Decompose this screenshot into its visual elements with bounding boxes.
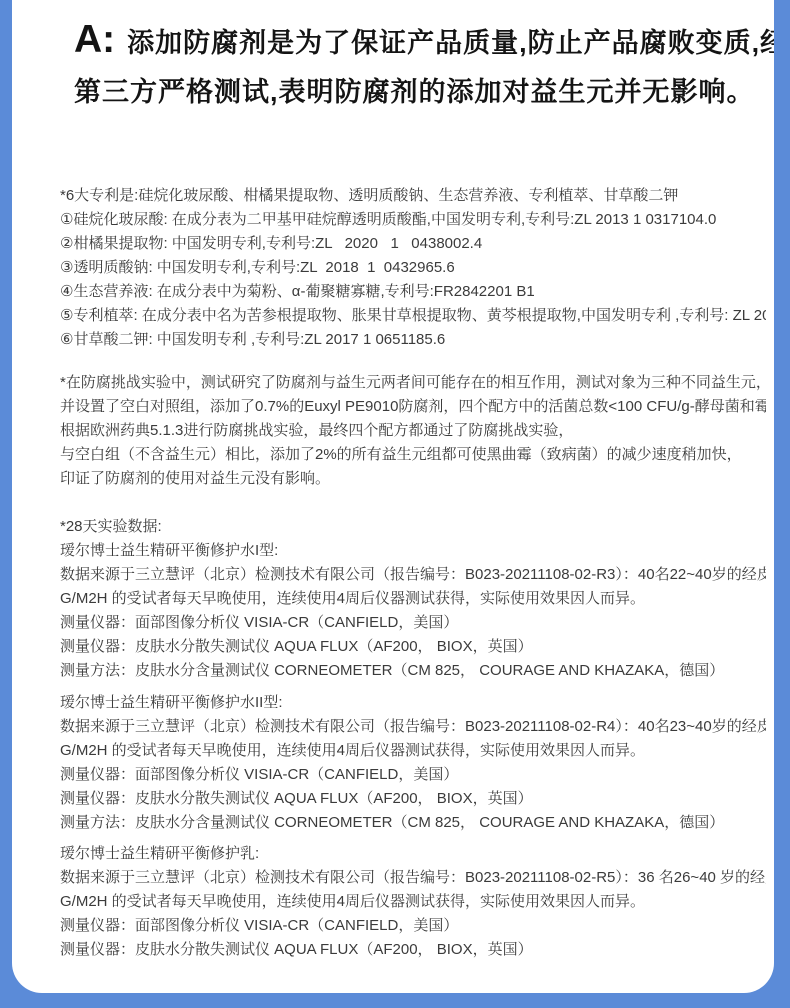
content-card: A:添加防腐剂是为了保证产品质量,防止产品腐败变质,经过 第三方严格测试,表明防…	[12, 0, 774, 993]
product-line: G/M2H 的受试者每天早晚使用，连续使用4周后仪器测试获得，实际使用效果因人而…	[60, 739, 766, 763]
patent-line-1: ①硅烷化玻尿酸: 在成分表为二甲基甲硅烷醇透明质酸酯,中国发明专利,专利号:ZL…	[60, 208, 766, 232]
patent-line-4: ④生态营养液: 在成分表中为菊粉、α-葡聚糖寡糖,专利号:FR2842201 B…	[60, 280, 766, 304]
product-line: 数据来源于三立慧评（北京）检测技术有限公司（报告编号：B023-20211108…	[60, 866, 766, 890]
product-line: 测量仪器：皮肤水分散失测试仪 AQUA FLUX（AF200， BIOX，英国）	[60, 938, 766, 962]
product-line: 测量仪器：面部图像分析仪 VISIA-CR（CANFIELD，美国）	[60, 611, 766, 635]
patents-section: *6大专利是:硅烷化玻尿酸、柑橘果提取物、透明质酸钠、生态营养液、专利植萃、甘草…	[12, 184, 774, 352]
answer-prefix: A:	[74, 18, 115, 61]
product-block-water-1: 瑷尔博士益生精研平衡修护水I型: 数据来源于三立慧评（北京）检测技术有限公司（报…	[60, 539, 766, 683]
challenge-line-1: *在防腐挑战实验中，测试研究了防腐剂与益生元两者间可能存在的相互作用，测试对象为…	[60, 371, 766, 395]
product-block-water-2: 瑷尔博士益生精研平衡修护水II型: 数据来源于三立慧评（北京）检测技术有限公司（…	[60, 691, 766, 835]
qa-answer: A:添加防腐剂是为了保证产品质量,防止产品腐败变质,经过 第三方严格测试,表明防…	[12, 0, 774, 117]
experiment-heading: *28天实验数据:	[60, 515, 766, 539]
answer-line-1-text: 添加防腐剂是为了保证产品质量,防止产品腐败变质,经过	[127, 28, 774, 58]
product-line: 测量仪器：面部图像分析仪 VISIA-CR（CANFIELD，美国）	[60, 914, 766, 938]
product-line: 数据来源于三立慧评（北京）检测技术有限公司（报告编号：B023-20211108…	[60, 715, 766, 739]
product-title: 瑷尔博士益生精研平衡修护乳:	[60, 842, 766, 866]
challenge-line-2: 并设置了空白对照组，添加了0.7%的Euxyl PE9010防腐剂，四个配方中的…	[60, 395, 766, 419]
product-line: 测量仪器：皮肤水分散失测试仪 AQUA FLUX（AF200， BIOX，英国）	[60, 635, 766, 659]
product-title: 瑷尔博士益生精研平衡修护水I型:	[60, 539, 766, 563]
challenge-line-3: 根据欧洲药典5.1.3进行防腐挑战实验，最终四个配方都通过了防腐挑战实验，	[60, 419, 766, 443]
product-block-lotion: 瑷尔博士益生精研平衡修护乳: 数据来源于三立慧评（北京）检测技术有限公司（报告编…	[60, 842, 766, 962]
product-line: 数据来源于三立慧评（北京）检测技术有限公司（报告编号：B023-20211108…	[60, 563, 766, 587]
product-line: 测量方法：皮肤水分含量测试仪 CORNEOMETER（CM 825， COURA…	[60, 659, 766, 683]
patent-line-2: ②柑橘果提取物: 中国发明专利,专利号:ZL 2020 1 0438002.4	[60, 232, 766, 256]
experiment-data-section: *28天实验数据: 瑷尔博士益生精研平衡修护水I型: 数据来源于三立慧评（北京）…	[12, 515, 774, 962]
product-line: 测量仪器：皮肤水分散失测试仪 AQUA FLUX（AF200， BIOX，英国）	[60, 787, 766, 811]
patent-line-5: ⑤专利植萃: 在成分表中名为苦参根提取物、胀果甘草根提取物、黄芩根提取物,中国发…	[60, 304, 766, 328]
challenge-line-5: 印证了防腐剂的使用对益生元没有影响。	[60, 467, 766, 491]
patent-line-3: ③透明质酸钠: 中国发明专利,专利号:ZL 2018 1 0432965.6	[60, 256, 766, 280]
answer-line-2: 第三方严格测试,表明防腐剂的添加对益生元并无影响。	[74, 68, 744, 117]
page: { "colors": { "page_bg": "#5b8bd8", "car…	[0, 0, 790, 1008]
answer-line-1: A:添加防腐剂是为了保证产品质量,防止产品腐败变质,经过	[74, 15, 744, 68]
product-line: G/M2H 的受试者每天早晚使用，连续使用4周后仪器测试获得，实际使用效果因人而…	[60, 890, 766, 914]
product-line: 测量仪器：面部图像分析仪 VISIA-CR（CANFIELD，美国）	[60, 763, 766, 787]
patent-line-6: ⑥甘草酸二钾: 中国发明专利 ,专利号:ZL 2017 1 0651185.6	[60, 328, 766, 352]
challenge-line-4: 与空白组（不含益生元）相比，添加了2%的所有益生元组都可使黑曲霉（致病菌）的减少…	[60, 443, 766, 467]
product-line: G/M2H 的受试者每天早晚使用，连续使用4周后仪器测试获得，实际使用效果因人而…	[60, 587, 766, 611]
preservative-challenge-section: *在防腐挑战实验中，测试研究了防腐剂与益生元两者间可能存在的相互作用，测试对象为…	[12, 371, 774, 491]
product-line: 测量方法：皮肤水分含量测试仪 CORNEOMETER（CM 825， COURA…	[60, 811, 766, 835]
product-title: 瑷尔博士益生精研平衡修护水II型:	[60, 691, 766, 715]
patents-intro: *6大专利是:硅烷化玻尿酸、柑橘果提取物、透明质酸钠、生态营养液、专利植萃、甘草…	[60, 184, 766, 208]
